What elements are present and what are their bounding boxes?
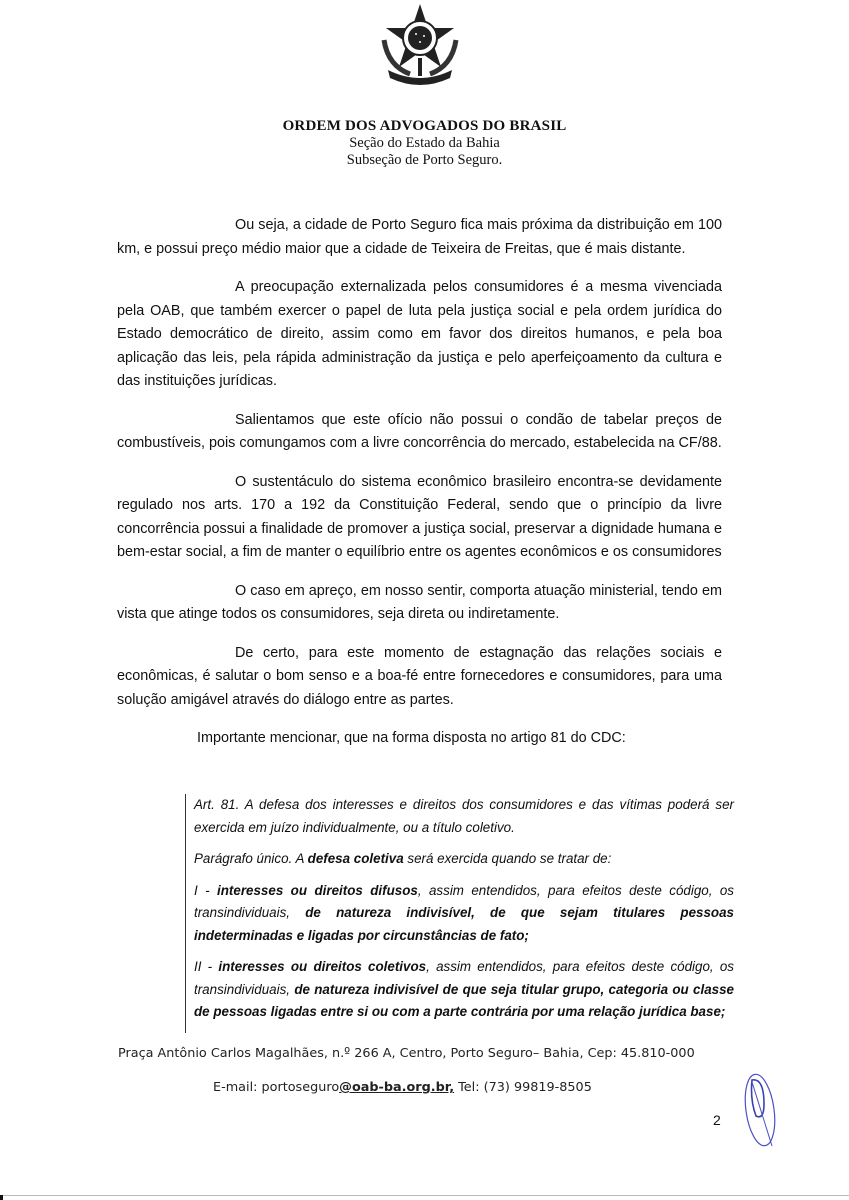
phone: Tel: (73) 99819-8505 [454, 1080, 592, 1095]
quote-text: I - [194, 883, 217, 898]
quote-article: Art. 81. A defesa dos interesses e direi… [194, 794, 734, 839]
signature-initial-icon [730, 1060, 790, 1150]
org-name: ORDEM DOS ADVOGADOS DO BRASIL [0, 118, 849, 135]
quote-emphasis: interesses ou direitos coletivos [218, 959, 426, 974]
paragraph: De certo, para este momento de estagnaçã… [117, 642, 722, 713]
quote-text: II - [194, 959, 218, 974]
paragraph: O caso em apreço, em nosso sentir, compo… [117, 580, 722, 627]
paragraph: Ou seja, a cidade de Porto Seguro fica m… [117, 214, 722, 261]
footer-contact: E-mail: portoseguro@oab-ba.org.br, Tel: … [213, 1080, 592, 1095]
document-page: ORDEM DOS ADVOGADOS DO BRASIL Seção do E… [0, 0, 849, 1200]
email-link[interactable]: @oab-ba.org.br, [339, 1080, 454, 1095]
paragraph: O sustentáculo do sistema econômico bras… [117, 471, 722, 565]
subsection-name: Subseção de Porto Seguro. [0, 152, 849, 169]
page-number: 2 [713, 1112, 721, 1128]
letterhead: ORDEM DOS ADVOGADOS DO BRASIL Seção do E… [0, 118, 849, 169]
email-label: E-mail: portoseguro [213, 1080, 339, 1095]
quote-paragraph: Parágrafo único. A defesa coletiva será … [194, 848, 734, 871]
quote-text: Parágrafo único. A [194, 851, 308, 866]
paragraph: Salientamos que este ofício não possui o… [117, 409, 722, 456]
paragraph: A preocupação externalizada pelos consum… [117, 276, 722, 394]
quote-item-2: II - interesses ou direitos coletivos, a… [194, 956, 734, 1024]
quote-emphasis: defesa coletiva [308, 851, 404, 866]
quote-emphasis: interesses ou direitos difusos [217, 883, 418, 898]
letter-body: Ou seja, a cidade de Porto Seguro fica m… [117, 214, 722, 761]
quote-text: será exercida quando se tratar de: [404, 851, 612, 866]
brazil-coat-of-arms-icon [370, 0, 470, 90]
scan-mark [0, 1195, 3, 1200]
paragraph-intro-quote: Importante mencionar, que na forma dispo… [117, 727, 722, 751]
scan-edge-line [0, 1195, 849, 1196]
quote-item-1: I - interesses ou direitos difusos, assi… [194, 880, 734, 948]
legal-quote-block: Art. 81. A defesa dos interesses e direi… [185, 794, 734, 1033]
section-name: Seção do Estado da Bahia [0, 135, 849, 152]
footer-address: Praça Antônio Carlos Magalhães, n.º 266 … [118, 1046, 695, 1061]
